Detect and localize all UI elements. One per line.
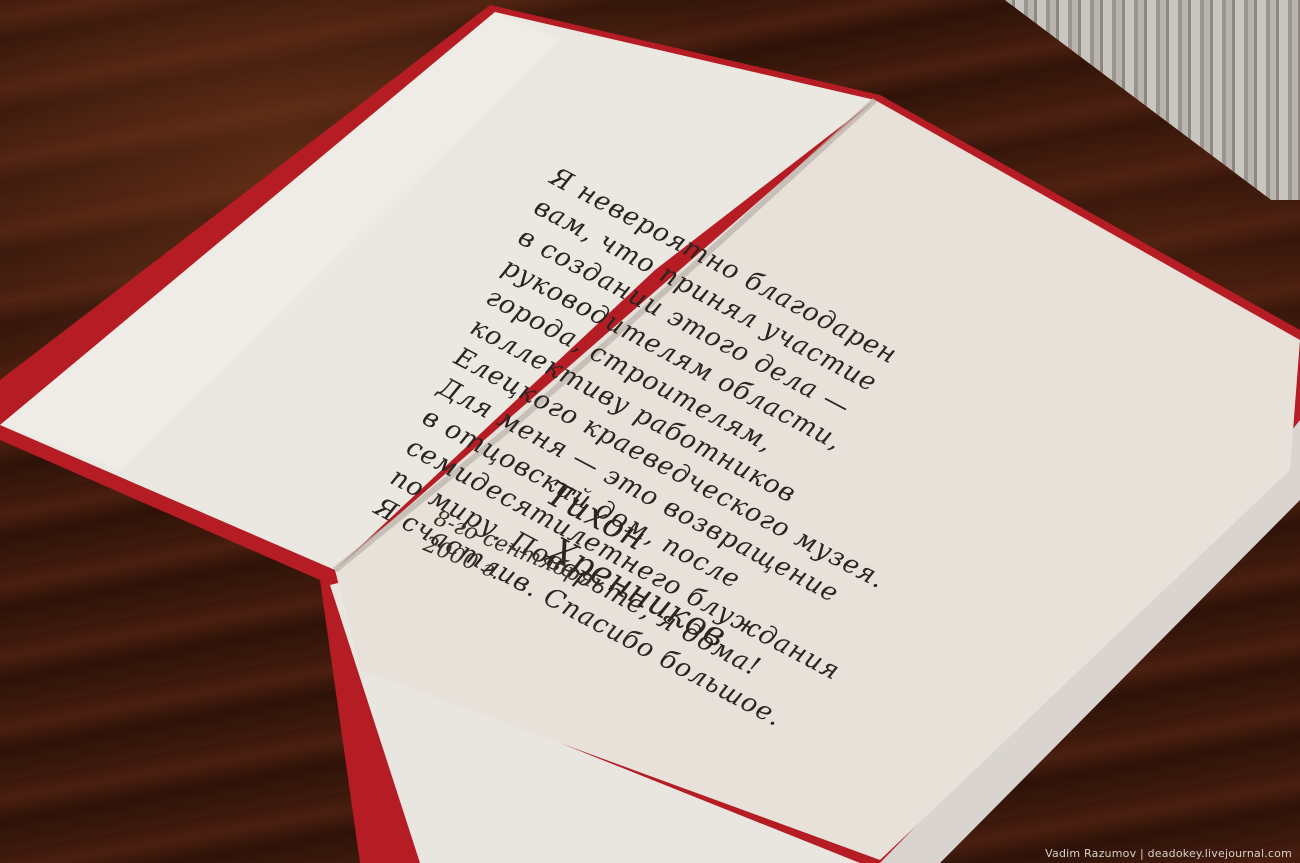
photo-scene: Я невероятно благодарен вам, что принял …	[0, 0, 1300, 863]
photo-watermark: Vadim Razumov | deadokey.livejournal.com	[1045, 847, 1292, 860]
